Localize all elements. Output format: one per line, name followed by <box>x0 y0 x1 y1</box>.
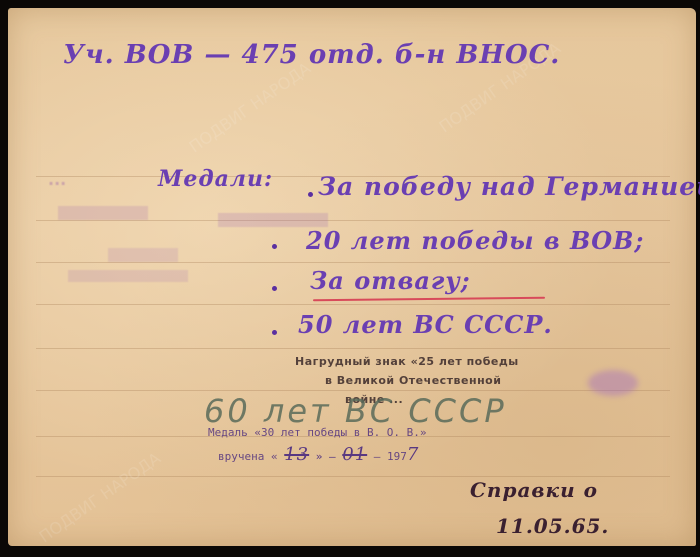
faded-text: ... <box>48 170 66 189</box>
unit-header-line: Уч. ВОВ — 475 отд. б-н ВНОС. <box>63 40 560 70</box>
signature-date: 11.05.65. <box>496 514 609 538</box>
ruling-line <box>36 304 670 305</box>
medal-item: За победу над Германией; <box>318 172 700 201</box>
signature-line: Справки о <box>470 478 598 502</box>
stamp-day: 13 <box>284 444 309 465</box>
stamp-year: 197 <box>387 450 407 463</box>
stamp-medal-prefix: вручена « <box>218 450 278 463</box>
pencil-note: 60 лет ВС СССР <box>204 392 507 430</box>
red-underline <box>313 297 545 301</box>
watermark: ПОДВИГ НАРОДА <box>186 59 315 157</box>
faded-text-block <box>58 206 148 220</box>
stamp-medal-line: Медаль «30 лет победы в В. О. В.» <box>208 426 427 439</box>
bullet-icon <box>308 192 313 197</box>
stamp-badge-line: в Великой Отечественной <box>325 374 501 387</box>
bullet-icon <box>272 244 277 249</box>
faded-text-block <box>68 270 188 282</box>
medal-item: За отвагу; <box>310 266 471 295</box>
stamp-month: 01 <box>342 444 367 465</box>
medal-item: 20 лет победы в ВОВ; <box>306 226 644 255</box>
faded-text-block <box>218 213 328 227</box>
medal-item: 50 лет ВС СССР. <box>298 310 553 339</box>
stamp-medal-date: вручена « 13 » — 01 — 1977 <box>218 444 419 465</box>
ruling-line <box>36 348 670 349</box>
ink-smudge <box>588 370 638 396</box>
stamp-badge-line: Нагрудный знак «25 лет победы <box>295 355 519 368</box>
stamp-year-digit: 7 <box>407 444 419 465</box>
ruling-line <box>36 220 670 221</box>
ruling-line <box>36 262 670 263</box>
ruling-line <box>36 390 670 391</box>
faded-text-block <box>108 248 178 262</box>
watermark: ПОДВИГ НАРОДА <box>36 449 165 547</box>
bullet-icon <box>272 286 277 291</box>
document-card: ПОДВИГ НАРОДА ПОДВИГ НАРОДА ПОДВИГ НАРОД… <box>8 8 696 546</box>
bullet-icon <box>272 330 277 335</box>
medals-heading: Медали: <box>158 166 273 192</box>
